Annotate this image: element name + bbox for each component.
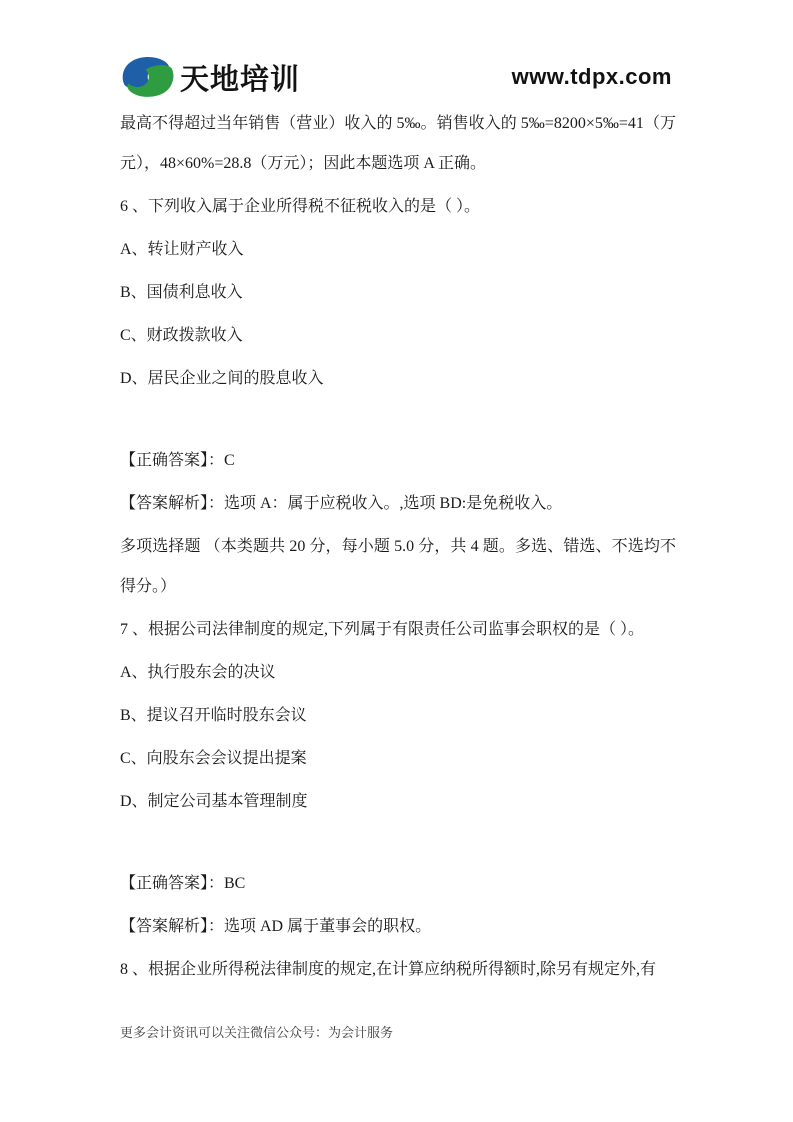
website-url: www.tdpx.com [512, 64, 672, 90]
section-multiple-choice-header: 多项选择题 （本类题共 20 分，每小题 5.0 分，共 4 题。多选、错选、不… [120, 527, 676, 607]
question-6-option-d: D、居民企业之间的股息收入 [120, 359, 676, 399]
question-6-option-c: C、财政拨款收入 [120, 316, 676, 356]
document-page: 天地培训 www.tdpx.com 最高不得超过当年销售（营业）收入的 5‰。销… [0, 0, 793, 1122]
footer-note: 更多会计资讯可以关注微信公众号：为会计服务 [120, 1024, 393, 1042]
question-6-correct-answer: 【正确答案】：C [120, 441, 676, 481]
question-8-stem-partial: 8 、根据企业所得税法律制度的规定,在计算应纳税所得额时,除另有规定外,有 [120, 950, 676, 990]
question-6-option-a: A、转让财产收入 [120, 230, 676, 270]
question-7-option-d: D、制定公司基本管理制度 [120, 782, 676, 822]
page-header: 天地培训 www.tdpx.com [120, 50, 672, 104]
analysis-continuation: 最高不得超过当年销售（营业）收入的 5‰。销售收入的 5‰=8200×5‰=41… [120, 104, 676, 184]
question-7-option-a: A、执行股东会的决议 [120, 653, 676, 693]
question-7-option-c: C、向股东会会议提出提案 [120, 739, 676, 779]
tiandi-logo-icon [120, 55, 176, 99]
question-7-option-b: B、提议召开临时股东会议 [120, 696, 676, 736]
question-6-stem: 6 、下列收入属于企业所得税不征税收入的是（ ）。 [120, 187, 676, 227]
question-7-correct-answer: 【正确答案】：BC [120, 864, 676, 904]
question-7-stem: 7 、根据公司法律制度的规定,下列属于有限责任公司监事会职权的是（ ）。 [120, 610, 676, 650]
brand-name: 天地培训 [180, 57, 300, 98]
brand: 天地培训 [120, 55, 300, 99]
question-6-option-b: B、国债利息收入 [120, 273, 676, 313]
question-7-analysis: 【答案解析】：选项 AD 属于董事会的职权。 [120, 907, 676, 947]
document-body: 最高不得超过当年销售（营业）收入的 5‰。销售收入的 5‰=8200×5‰=41… [120, 104, 676, 993]
question-6-analysis: 【答案解析】：选项 A：属于应税收入。,选项 BD:是免税收入。 [120, 484, 676, 524]
